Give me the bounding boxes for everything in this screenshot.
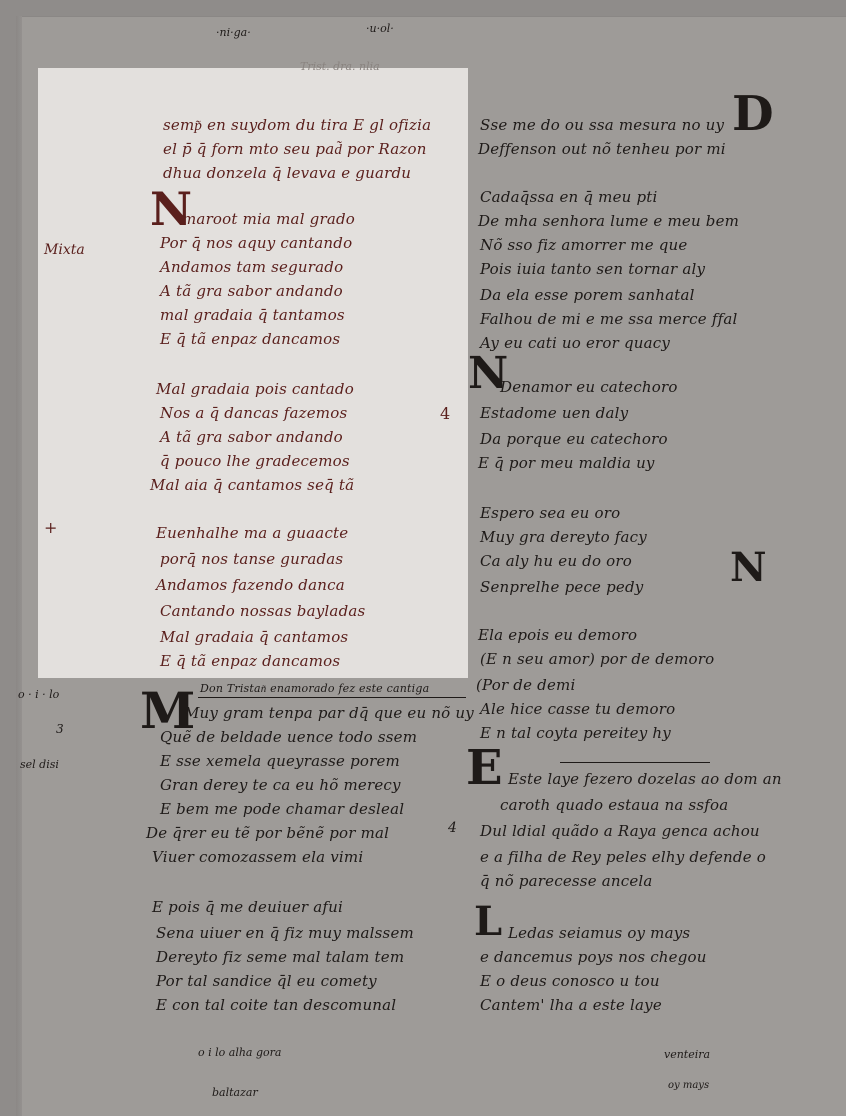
verse-line: Ela epois eu demoro <box>478 626 637 644</box>
verse-line: (Por de demi <box>476 676 575 694</box>
verse-line: q̄ nõ parecesse ancela <box>480 872 653 890</box>
verse-line: mal gradaia q̄ tantamos <box>160 306 345 324</box>
top-faint-text: Trist. dra. nlia <box>300 60 380 73</box>
verse-line: Sena uiuer en q̄ fiz muy malssem <box>156 924 414 942</box>
bottom-note-right-2: oy mays <box>668 1080 709 1091</box>
verse-line: Andamos fazendo danca <box>156 576 345 594</box>
verse-line: maroot mia mal grado <box>182 210 355 228</box>
verse-line: Mal gradaia q̄ cantamos <box>160 628 348 646</box>
decorated-initial-N-margin: N <box>730 548 767 588</box>
bottom-note-right: venteira <box>664 1048 710 1061</box>
verse-line: Muy gram tenpa par dq̄ que eu nõ uy <box>184 704 474 722</box>
margin-number-4-lower: 4 <box>448 820 457 836</box>
verse-line: Espero sea eu oro <box>480 504 620 522</box>
verse-line: Cantem' lha a este laye <box>480 996 662 1014</box>
verse-line: Cantando nossas bayladas <box>160 602 365 620</box>
verse-line: Nõ sso fiz amorrer me que <box>480 236 688 254</box>
verse-line: Mal aia q̄ cantamos seq̄ tã <box>150 476 354 494</box>
verse-line: Por q̄ nos aquy cantando <box>160 234 352 252</box>
verse-line: De q̄rer eu tẽ por bẽnẽ por mal <box>146 824 389 842</box>
verse-line: Senprelhe pece pedy <box>480 578 643 596</box>
verse-line: E n tal coyta pereitey hy <box>480 724 671 742</box>
verse-line: Denamor eu catechoro <box>500 378 678 396</box>
verse-line: E bem me pode chamar desleal <box>160 800 404 818</box>
verse-line: Ay eu cati uo eror quacy <box>480 334 670 352</box>
bottom-note-left-2: baltazar <box>212 1086 258 1099</box>
verse-line: Pois iuia tanto sen tornar aly <box>480 260 705 278</box>
margin-note-3: 3 <box>56 722 64 736</box>
folio-mark-left: ·ni·ga· <box>216 26 251 39</box>
verse-line: Ale hice casse tu demoro <box>480 700 675 718</box>
verse-line: E q̄ tã enpaz dancamos <box>160 652 340 670</box>
rubric-heading: Don Tristan͂ enamorado fez este cantiga <box>200 682 429 695</box>
verse-line: dhua donzela q̄ levava e guardu <box>163 164 411 182</box>
verse-line: el p̄ q̄ forn mto seu pad͂ por Razon <box>163 140 427 159</box>
verse-line: Deffenson out nõ tenheu por mi <box>478 140 726 158</box>
margin-note-oilo: o · i · lo <box>18 688 59 701</box>
verse-line: Cadaq̄ssa en q̄ meu pti <box>480 188 658 206</box>
verse-line: caroth quado estaua na ssfoa <box>500 796 728 814</box>
margin-note-mixta: Mixta <box>44 242 85 258</box>
section-rule <box>560 762 710 763</box>
verse-line: Quẽ de beldade uence todo ssem <box>160 728 417 746</box>
verse-line: (E n seu amor) por de demoro <box>480 650 714 668</box>
verse-line: Gran derey te ca eu hõ merecy <box>160 776 401 794</box>
verse-line: E o deus conosco u tou <box>480 972 660 990</box>
margin-note-seldisi: sel disi <box>20 758 59 771</box>
verse-line: Estadome uen daly <box>480 404 628 422</box>
verse-line: Da ela esse porem sanhatal <box>480 286 695 304</box>
verse-line: E q̄ por meu maldia uy <box>478 454 655 472</box>
verse-line: Por tal sandice q̄l eu comety <box>156 972 377 990</box>
verse-line: q̄ pouco lhe gradecemos <box>160 452 350 470</box>
verse-line: porq̄ nos tanse guradas <box>160 550 343 568</box>
verse-line: E q̄ tã enpaz dancamos <box>160 330 340 348</box>
verse-line: Nos a q̄ dancas fazemos <box>160 404 347 422</box>
verse-line: A tã gra sabor andando <box>160 282 343 300</box>
verse-line: semp͂ en suydom du tira E gl ofizia <box>163 116 431 135</box>
decorated-initial-D: D <box>732 90 774 138</box>
rubric-underline <box>198 697 466 698</box>
decorated-initial-E: E <box>466 744 503 792</box>
verse-line: E con tal coite tan descomunal <box>156 996 396 1014</box>
verse-line: De mha senhora lume e meu bem <box>478 212 739 230</box>
verse-line: Muy gra dereyto facy <box>480 528 647 546</box>
verse-line: Este laye fezero dozelas ao dom an <box>508 770 782 788</box>
verse-line: E sse xemela queyrasse porem <box>160 752 400 770</box>
verse-line: Viuer comozassem ela vimi <box>152 848 363 866</box>
margin-number-4: 4 <box>440 404 450 423</box>
verse-line: Andamos tam segurado <box>160 258 343 276</box>
folio-mark-right: ·u·ol· <box>366 22 394 35</box>
verse-line: Ca aly hu eu do oro <box>480 552 632 570</box>
verse-line: Da porque eu catechoro <box>480 430 668 448</box>
verse-line: Sse me do ou ssa mesura no uy <box>480 116 724 134</box>
verse-line: Dul ldial quãdo a Raya genca achou <box>480 822 760 840</box>
decorated-initial-L: L <box>474 902 502 942</box>
verse-line: Euenhalhe ma a guaacte <box>156 524 348 542</box>
verse-line: Falhou de mi e me ssa merce ffal <box>480 310 737 328</box>
verse-line: E pois q̄ me deuiuer afui <box>152 898 343 916</box>
verse-line: Dereyto fiz seme mal talam tem <box>156 948 404 966</box>
bottom-note-left: o i lo alha gora <box>198 1046 281 1059</box>
verse-line: e dancemus poys nos chegou <box>480 948 707 966</box>
verse-line: Ledas seiamus oy mays <box>508 924 690 942</box>
margin-note-cross: + <box>44 518 57 537</box>
verse-line: A tã gra sabor andando <box>160 428 343 446</box>
verse-line: Mal gradaia pois cantado <box>156 380 354 398</box>
verse-line: e a filha de Rey peles elhy defende o <box>480 848 766 866</box>
